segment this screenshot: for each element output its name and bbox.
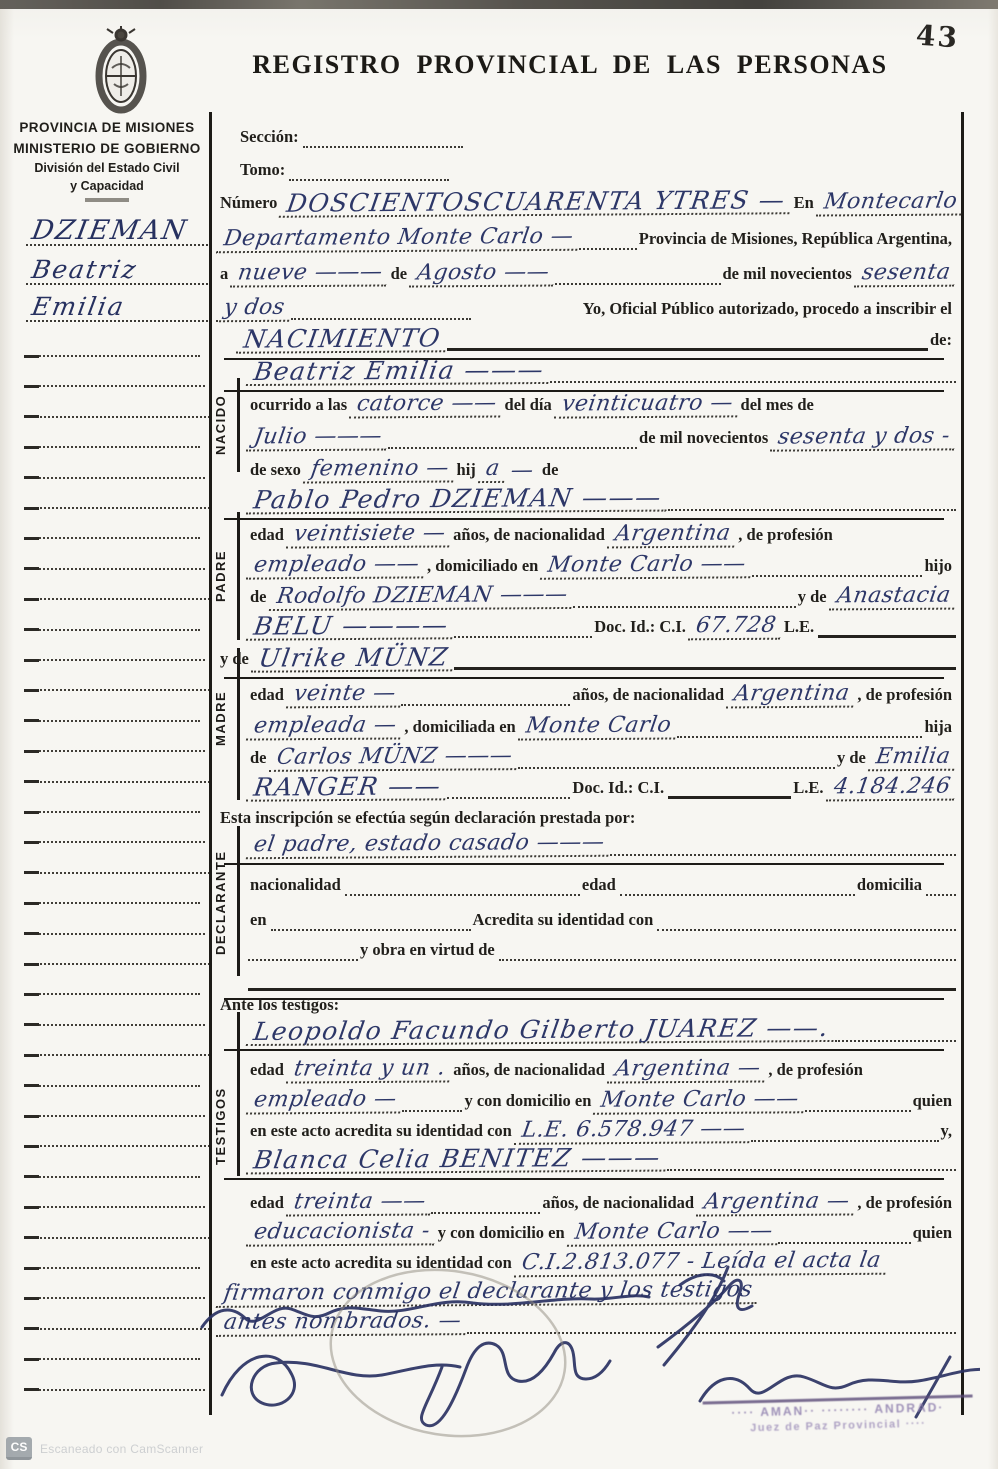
camscanner-watermark: CS Escaneado con CamScanner <box>6 1437 203 1460</box>
nacido-mes-line: Julio ———de mil novecientossesenta y dos… <box>218 421 956 454</box>
testigo1-edad-line: edadtreinta y un .años, de nacionalidadA… <box>218 1053 956 1086</box>
madre-profesion-line: empleada —, domiciliada enMonte Carlohij… <box>218 710 956 743</box>
nacido-mes-line-seg-2: de mil novecientos <box>637 428 772 454</box>
testigo2-identidad-line-seg-1: C.I.2.813.077 - Leída el acta la <box>514 1248 889 1278</box>
nacido-sexo-line-seg-1: femenino — <box>303 455 457 483</box>
testigo1-profesion-line-seg-0: empleado — <box>246 1086 405 1114</box>
margin-empty-line <box>28 1389 205 1391</box>
padre-profesion-line-seg-4: hijo <box>922 556 956 582</box>
madre-abuelo-line: deCarlos MÜNZ ———y deEmilia <box>218 741 956 774</box>
padre-edad-line-seg-3: Argentina <box>607 521 739 549</box>
testigo2-profesion-line-seg-3 <box>778 1242 910 1244</box>
madre-profesion-line-seg-2: Monte Carlo <box>518 712 679 740</box>
padre-nombre-line-seg-0: Pablo Pedro DZIEMAN ——— <box>246 485 670 515</box>
madre-abuela-doc-line: RANGER ——Doc. Id.: C.I.L.E.4.184.246 <box>218 771 956 804</box>
testigo1-edad-line-seg-0: edad <box>248 1060 288 1086</box>
madre-nombre-line-seg-2 <box>454 667 956 670</box>
margin-empty-line <box>28 872 210 874</box>
margin-surname-text: DZIEMAN <box>24 218 190 244</box>
nacido-mes-line-seg-3: sesenta y dos - <box>770 423 958 451</box>
padre-profesion-line: empleado ——, domiciliado enMonte Carlo —… <box>218 549 956 582</box>
departamento-line-seg-1 <box>579 248 637 250</box>
madre-abuela-doc-line-seg-1 <box>447 797 570 799</box>
margin-empty-line <box>28 507 210 509</box>
fecha-line: anueve ———deAgosto ——de mil novecientoss… <box>218 257 956 290</box>
cierre-line-1-seg-0: firmaron conmigo el declarante y los tes… <box>216 1277 761 1308</box>
margin-empty-line <box>28 1054 210 1056</box>
testigo1-nombre-line-seg-1 <box>835 1040 956 1042</box>
margin-empty-line <box>28 1297 205 1299</box>
margin-empty-line <box>28 1267 200 1269</box>
letterhead-line-3: División del Estado Civil <box>8 159 206 177</box>
padre-abuela-doc-line-seg-1 <box>454 636 592 638</box>
margin-empty-line <box>28 477 205 479</box>
declarante-line-heavy-rule <box>224 863 944 866</box>
margin-empty-line <box>28 598 210 600</box>
nacido-hora-line-seg-4: del mes de <box>739 395 818 421</box>
margin-empty-line <box>28 446 200 448</box>
declarante-datos-line-seg-2: edad <box>580 875 620 901</box>
nacido-sexo-line: de sexofemenino —hija—de <box>218 453 956 486</box>
numero-line-seg-0: Número <box>218 193 281 219</box>
margin-empty-line <box>28 963 210 965</box>
fecha-line-2-seg-3: Yo, Oficial Público autorizado, procedo … <box>581 299 956 325</box>
nacido-hora-line-seg-2: del día <box>503 395 556 421</box>
coat-of-arms-icon <box>92 26 150 123</box>
margin-empty-line <box>28 1206 205 1208</box>
padre-abuela-doc-line-seg-5 <box>818 635 956 638</box>
acto-line-seg-1 <box>447 348 928 351</box>
fecha-line-seg-3: Agosto —— <box>409 259 557 287</box>
nacido-sexo-line-seg-4: — <box>504 458 542 483</box>
margin-surname: DZIEMAN <box>26 206 208 246</box>
departamento-line-seg-2: Provincia de Misiones, República Argenti… <box>637 229 956 255</box>
margin-empty-line <box>28 416 210 418</box>
testigo2-edad-line-seg-4: Argentina — <box>696 1188 858 1216</box>
madre-edad-line: edadveinte —años, de nacionalidadArgenti… <box>218 678 956 711</box>
madre-nombre-line-seg-1: Ulrike MÜNZ <box>251 644 457 672</box>
seccion-line: Sección: <box>218 120 956 153</box>
nacido-hora-line-seg-0: ocurrido a las <box>248 395 351 421</box>
declarante-datos-line-seg-0: nacionalidad <box>248 875 345 901</box>
margin-empty-line <box>28 1115 205 1117</box>
nacido-mes-line-seg-0: Julio ——— <box>246 424 390 452</box>
departamento-line-seg-0: Departamento Monte Carlo — <box>216 224 581 254</box>
madre-profesion-line-seg-3 <box>677 736 923 738</box>
testigo2-nombre-line: Blanca Celia BENITEZ ——— <box>218 1143 956 1176</box>
padre-edad-line-seg-4: , de profesión <box>736 525 837 551</box>
numero-line-seg-1: DOSCIENTOSCUARENTA YTRES — <box>279 187 794 218</box>
numero-line: NúmeroDOSCIENTOSCUARENTA YTRES —EnMontec… <box>218 186 956 219</box>
tomo-line: Tomo: <box>218 153 956 186</box>
fecha-line-seg-2: de <box>389 264 412 290</box>
madre-edad-line-seg-0: edad <box>248 685 288 711</box>
camscanner-caption: Escaneado con CamScanner <box>40 1442 203 1456</box>
margin-empty-line <box>28 720 200 722</box>
letterhead-line-1: PROVINCIA DE MISIONES <box>8 117 206 138</box>
testigo1-edad-line-seg-1: treinta y un . <box>286 1055 454 1083</box>
declarante-datos-line-seg-1 <box>345 894 580 896</box>
letterhead: PROVINCIA DE MISIONES MINISTERIO DE GOBI… <box>8 117 206 202</box>
seccion-line-seg-1 <box>303 146 463 148</box>
fecha-line-seg-5: de mil novecientos <box>721 264 856 290</box>
testigo2-nombre-line-heavy-rule <box>224 1178 944 1181</box>
form-body: Sección:Tomo:NúmeroDOSCIENTOSCUARENTA YT… <box>218 0 962 1469</box>
numero-line-seg-3: En <box>792 193 818 219</box>
madre-abuelo-line-seg-1: Carlos MÜNZ ——— <box>268 743 519 772</box>
testigo2-profesion-line: educacionista -y con domicilio enMonte C… <box>218 1216 956 1249</box>
margin-empty-line <box>28 1237 210 1239</box>
margin-empty-line <box>28 781 210 783</box>
tomo-line-seg-0: Tomo: <box>238 160 289 186</box>
declarante-datos-line-seg-5 <box>926 894 956 896</box>
declarante-line: el padre, estado casado ——— <box>218 828 956 861</box>
testigo2-nombre-line-seg-0: Blanca Celia BENITEZ ——— <box>246 1145 669 1175</box>
margin-empty-line <box>28 1328 210 1330</box>
nacido-mes-line-seg-1 <box>388 447 637 449</box>
padre-nombre-line: Pablo Pedro DZIEMAN ——— <box>218 483 956 516</box>
declarante-identidad-line: enAcredita su identidad con <box>218 903 956 936</box>
margin-empty-line <box>28 841 205 843</box>
margin-empty-line <box>28 933 205 935</box>
seccion-line-seg-0: Sección: <box>238 127 303 153</box>
margin-given-name-1: Beatriz <box>26 245 208 285</box>
padre-profesion-line-seg-2: Monte Carlo —— <box>540 551 754 579</box>
madre-edad-line-seg-2 <box>401 704 570 706</box>
declarante-virtud-line: y obra en virtud de <box>218 933 956 966</box>
testigo2-nombre-line-seg-1 <box>667 1169 956 1171</box>
margin-empty-line <box>28 1145 210 1147</box>
declarante-identidad-line-seg-3 <box>657 929 956 931</box>
margin-given-name-2-text: Emilia <box>24 294 127 320</box>
margin-empty-line <box>28 355 200 357</box>
testigo2-profesion-line-seg-2: Monte Carlo —— <box>567 1218 781 1246</box>
cierre-line-1: firmaron conmigo el declarante y los tes… <box>218 1276 956 1309</box>
fecha-line-2: y dosYo, Oficial Público autorizado, pro… <box>218 292 956 325</box>
testigo2-edad-line: edadtreinta ——años, de nacionalidadArgen… <box>218 1186 956 1219</box>
letterhead-line-2: MINISTERIO DE GOBIERNO <box>8 138 206 159</box>
acto-line: NACIMIENTOde: <box>218 323 956 356</box>
tomo-line-seg-1 <box>289 179 449 181</box>
margin-empty-line <box>28 993 200 995</box>
madre-abuelo-line-seg-2 <box>518 767 835 769</box>
padre-abuelo-line-seg-4: Anastacia <box>828 583 958 611</box>
nacido-hora-line: ocurrido a lascatorce ——del díaveinticua… <box>218 388 956 421</box>
madre-profesion-line-seg-1: , domiciliada en <box>402 717 519 743</box>
cierre-line-2-seg-0: antes nombrados. — <box>216 1308 469 1337</box>
margin-empty-line <box>28 1024 205 1026</box>
letterhead-underline <box>85 198 129 202</box>
inscripto-nombre-line-seg-1 <box>550 381 956 383</box>
fecha-line-seg-4 <box>555 283 720 285</box>
padre-abuelo-line-seg-1: Rodolfo DZIEMAN ——— <box>268 582 575 611</box>
inscripto-nombre-line-seg-0: Beatriz Emilia ——— <box>246 357 552 386</box>
testigo2-edad-line-seg-2 <box>431 1212 540 1214</box>
padre-profesion-line-seg-3 <box>752 575 923 577</box>
camscanner-logo-icon: CS <box>6 1437 32 1460</box>
declarante-datos-line-seg-3 <box>620 894 855 896</box>
testigo2-identidad-line: en este acto acredita su identidad conC.… <box>218 1246 956 1279</box>
margin-empty-line <box>28 385 205 387</box>
margin-empty-line <box>28 568 205 570</box>
inscripto-nombre-line: Beatriz Emilia ——— <box>218 355 956 388</box>
numero-line-seg-4: Montecarlo <box>816 188 965 216</box>
testigo1-identidad-line-seg-1: L.E. 6.578.947 —— <box>514 1116 753 1145</box>
fecha-line-seg-1: nueve ——— <box>230 259 391 287</box>
margin-given-name-2: Emilia <box>26 282 208 322</box>
padre-abuela-doc-line-seg-3: 67.728 <box>688 613 784 641</box>
madre-abuela-doc-line-seg-3 <box>668 796 791 799</box>
madre-edad-line-seg-3: años, de nacionalidad <box>570 685 728 711</box>
nacido-hora-line-seg-1: catorce —— <box>349 390 505 418</box>
declarante-virtud-line-seg-2 <box>499 959 956 961</box>
padre-abuela-doc-line-seg-0: BELU ———— <box>246 612 457 640</box>
padre-edad-line: edadveintisiete —años, de nacionalidadAr… <box>218 518 956 551</box>
padre-abuela-doc-line: BELU ————Doc. Id.: C.I.67.728L.E. <box>218 610 956 643</box>
padre-edad-line-seg-0: edad <box>248 525 288 551</box>
padre-edad-line-seg-1: veintisiete — <box>286 520 453 548</box>
padre-profesion-line-seg-0: empleado —— <box>246 551 427 579</box>
padre-profesion-line-seg-1: , domiciliado en <box>425 556 542 582</box>
madre-nombre-line: y deUlrike MÜNZ <box>218 642 956 675</box>
madre-profesion-line-seg-0: empleada — <box>246 712 405 740</box>
madre-abuela-doc-line-seg-5: 4.184.246 <box>825 774 958 802</box>
margin-empty-line <box>28 629 200 631</box>
departamento-line: Departamento Monte Carlo —Provincia de M… <box>218 222 956 255</box>
madre-abuelo-line-seg-4: Emilia <box>868 744 958 772</box>
nacido-hora-line-seg-3: veinticuatro — <box>554 390 741 418</box>
declarante-datos-line-seg-4: domicilia <box>855 875 926 901</box>
padre-abuelo-line: deRodolfo DZIEMAN ———y deAnastacia <box>218 580 956 613</box>
fecha-line-2-seg-0: y dos <box>216 295 293 323</box>
testigo1-nombre-line-heavy-rule <box>224 1049 944 1052</box>
testigo1-identidad-line-seg-2 <box>751 1140 939 1142</box>
testigo1-profesion-line-seg-4 <box>805 1110 911 1112</box>
padre-abuela-doc-line-seg-2: Doc. Id.: C.I. <box>592 617 690 643</box>
margin-empty-line <box>28 1085 200 1087</box>
margin-empty-line <box>28 1176 200 1178</box>
margin-empty-line <box>28 1358 200 1360</box>
padre-nombre-line-seg-1 <box>668 509 956 511</box>
cierre-line-2-seg-1 <box>467 1332 956 1334</box>
madre-nombre-line-seg-0: y de <box>218 649 253 675</box>
testigo1-profesion-line-seg-3: Monte Carlo —— <box>593 1086 807 1114</box>
margin-given-name-1-text: Beatriz <box>24 257 140 283</box>
testigo2-edad-line-seg-1: treinta —— <box>286 1188 434 1216</box>
margin-empty-line <box>28 659 205 661</box>
testigo1-edad-line-seg-2: años, de nacionalidad <box>451 1060 609 1086</box>
madre-edad-line-seg-4: Argentina <box>726 681 858 709</box>
padre-abuelo-line-seg-2 <box>573 606 796 608</box>
scanned-certificate-sheet: 43 REGISTRO PROVINCIAL DE LAS PERSONAS P… <box>0 0 998 1469</box>
margin-empty-line <box>28 811 200 813</box>
madre-edad-line-seg-1: veinte — <box>286 681 404 709</box>
declarante-identidad-line-seg-1 <box>271 929 471 931</box>
padre-abuela-doc-line-seg-4: L.E. <box>782 617 818 643</box>
acto-line-seg-0: NACIMIENTO <box>236 325 449 353</box>
testigo1-nombre-line-seg-0: Leopoldo Facundo Gilberto JUAREZ ——. <box>246 1015 837 1046</box>
declarante-virtud-line-seg-0 <box>248 959 358 961</box>
margin-empty-line <box>28 537 200 539</box>
declarante-line-seg-0: el padre, estado casado ——— <box>246 830 613 860</box>
testigo1-profesion-line: empleado —y con domicilio enMonte Carlo … <box>218 1084 956 1117</box>
margin-empty-line <box>28 689 210 691</box>
declarante-line-seg-1 <box>610 854 956 856</box>
left-column-divider <box>209 112 212 1415</box>
testigo2-profesion-line-seg-0: educacionista - <box>246 1218 438 1246</box>
acto-line-seg-2: de: <box>928 330 956 356</box>
cierre-line-2: antes nombrados. — <box>218 1306 956 1339</box>
fecha-line-2-seg-1 <box>291 318 471 320</box>
margin-empty-line <box>28 750 205 752</box>
madre-abuela-doc-line-seg-0: RANGER —— <box>246 773 450 801</box>
testigo1-profesion-line-seg-1 <box>402 1110 462 1112</box>
madre-edad-line-seg-5: , de profesión <box>855 685 956 711</box>
padre-edad-line-seg-2: años, de nacionalidad <box>451 525 609 551</box>
margin-empty-line <box>28 902 200 904</box>
declarante-datos-line: nacionalidadedaddomicilia <box>218 868 956 901</box>
testigo1-nombre-line: Leopoldo Facundo Gilberto JUAREZ ——. <box>218 1014 956 1047</box>
testigo1-edad-line-seg-4: , de profesión <box>766 1060 867 1086</box>
fecha-line-seg-6: sesenta <box>854 260 958 288</box>
letterhead-line-4: y Capacidad <box>8 177 206 195</box>
madre-profesion-line-seg-4: hija <box>922 717 956 743</box>
testigo1-edad-line-seg-3: Argentina — <box>607 1055 769 1083</box>
